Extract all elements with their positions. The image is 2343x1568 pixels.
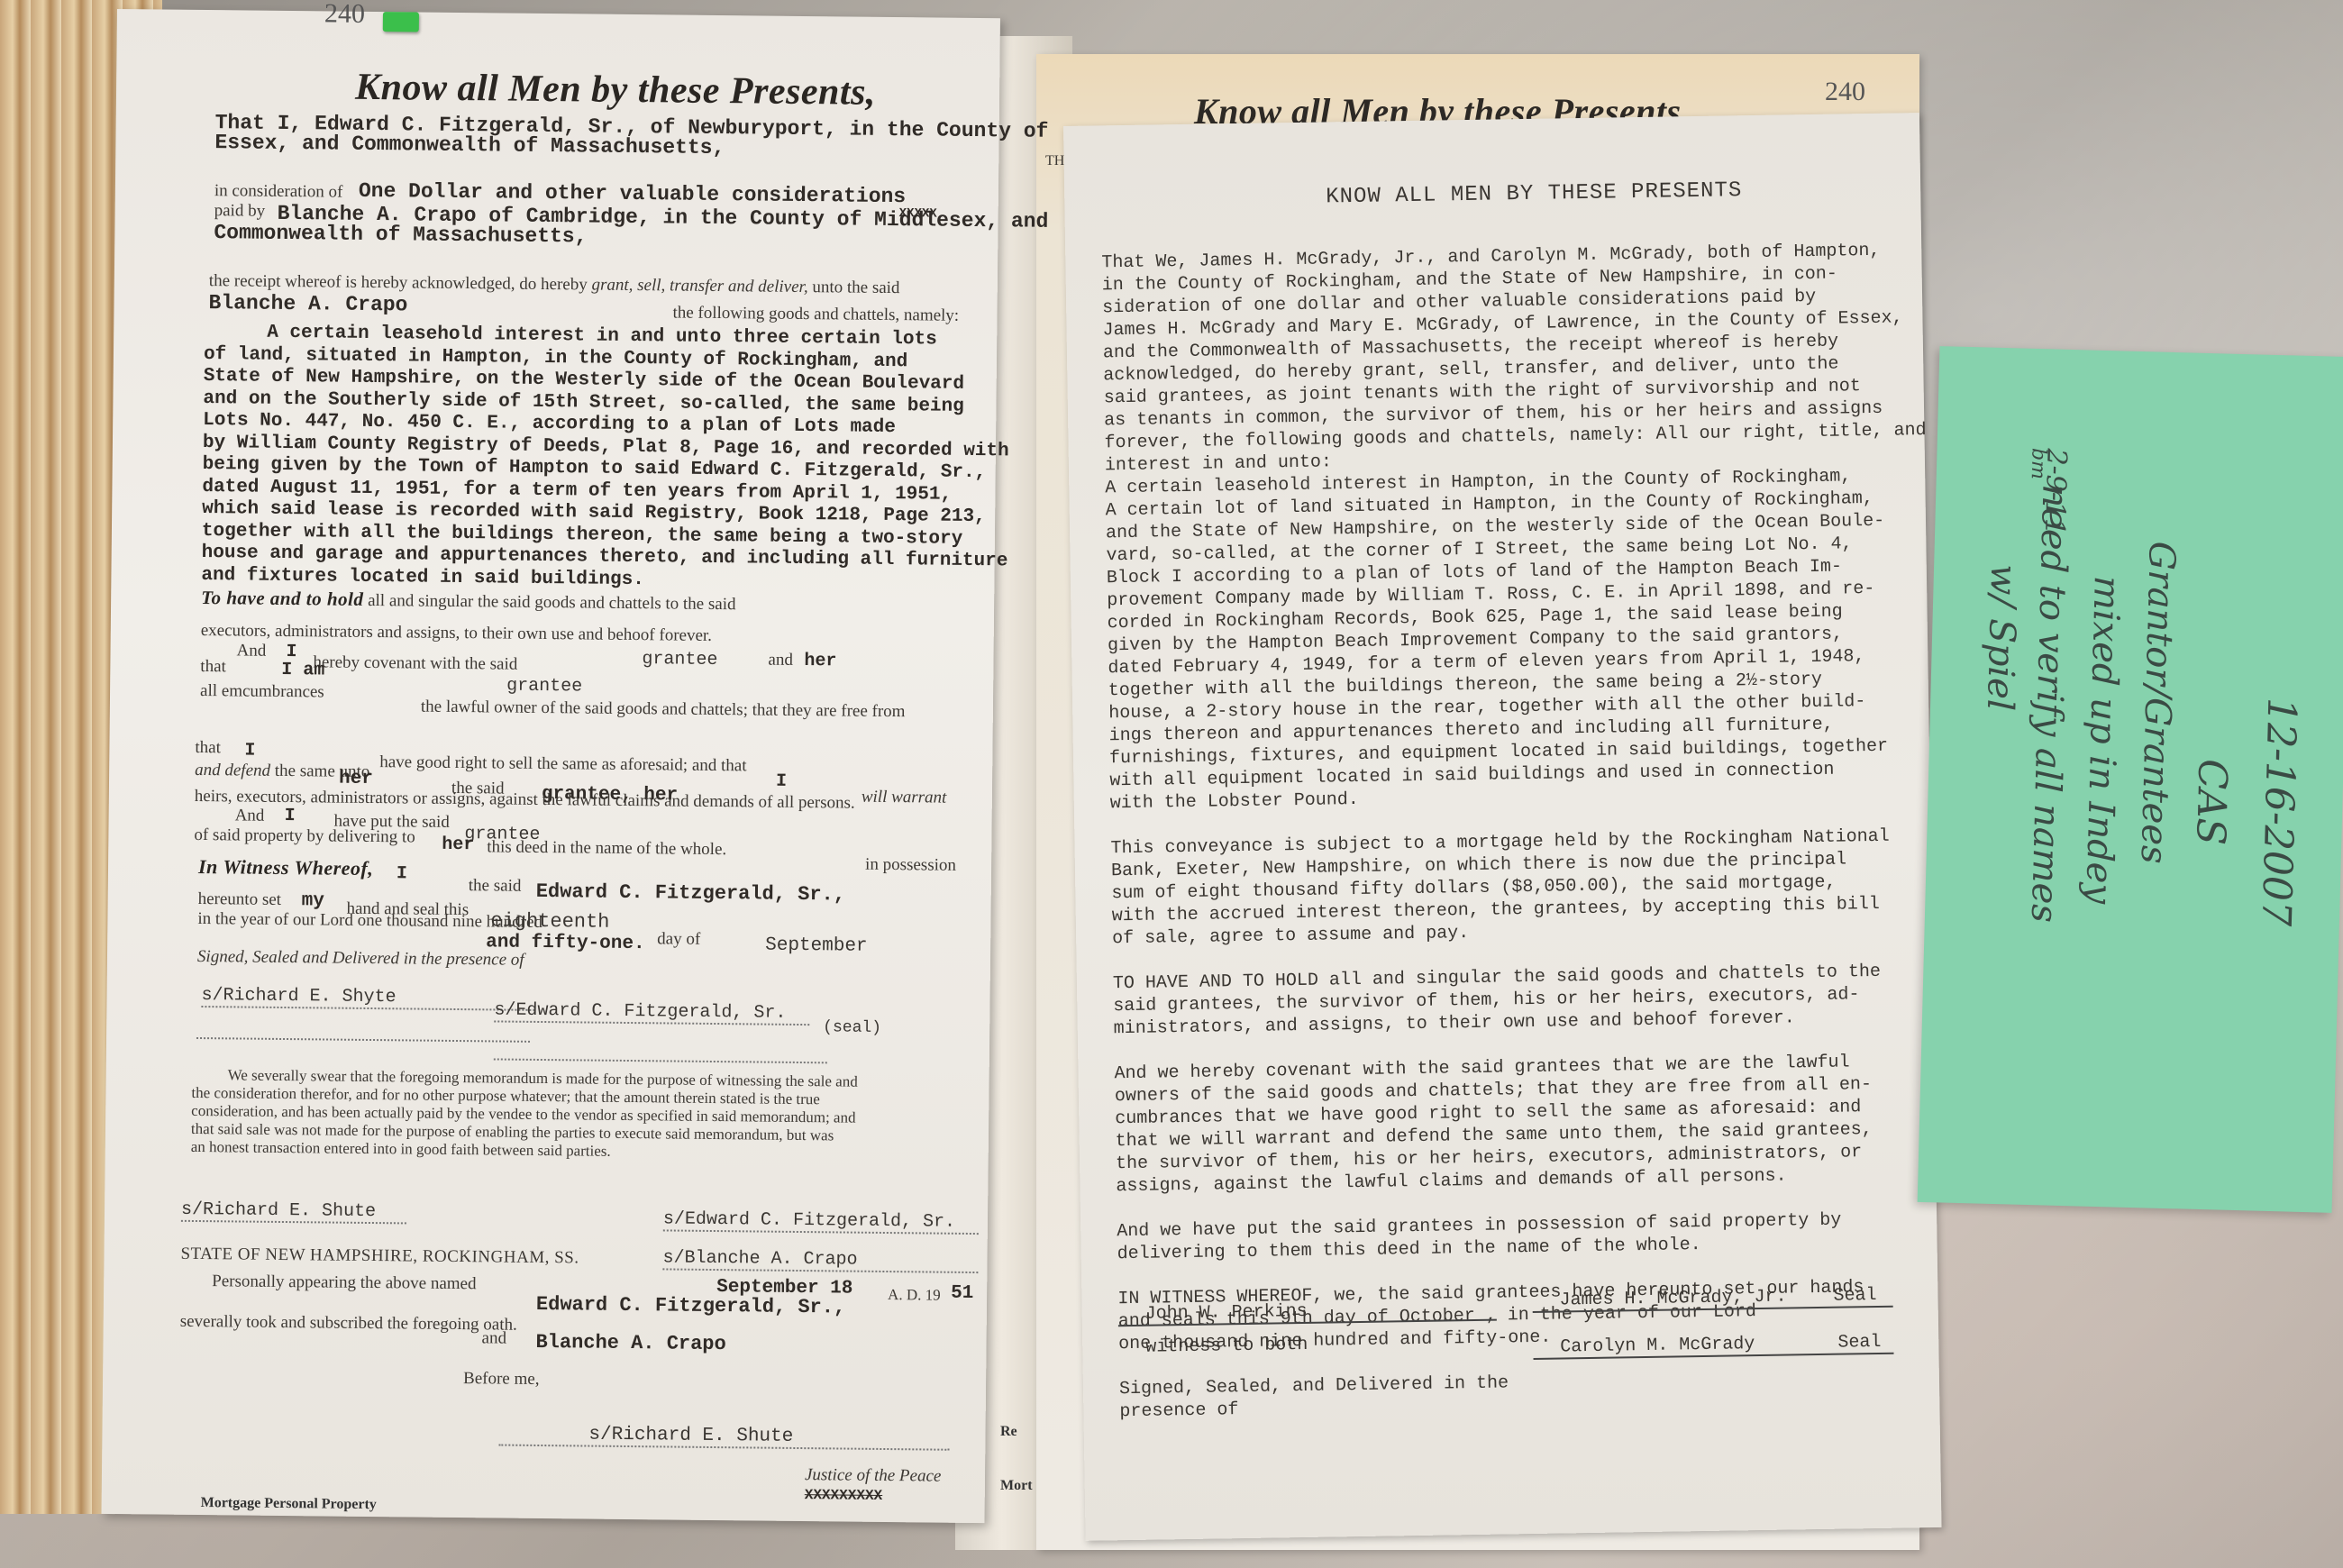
paid-by-label: paid by — [214, 201, 266, 222]
my: my — [302, 890, 324, 911]
ack-oath: severally took and subscribed the forego… — [180, 1312, 517, 1336]
executors-line: executors, administrators and assigns, t… — [201, 621, 712, 646]
edge-label-1: Re — [1000, 1424, 1017, 1440]
year-text: in the year of our Lord one thousand nin… — [197, 909, 542, 933]
witness-i: I — [397, 863, 407, 884]
page-number-left: 240 — [324, 0, 365, 30]
receipt-clause: the receipt whereof is hereby acknowledg… — [209, 271, 588, 294]
deed-paragraph: Signed, Sealed, and Delivered in thepres… — [1119, 1365, 1913, 1423]
unto-said: unto the said — [812, 278, 899, 297]
that-2: that — [195, 738, 221, 758]
edge-label-2: Mort — [1000, 1478, 1033, 1494]
habendum-text: all and singular the said goods and chat… — [368, 591, 736, 614]
signed-sealed-label: Signed, Sealed and Delivered in the pres… — [197, 947, 524, 971]
encumbrances: all emcumbrances — [200, 681, 324, 702]
i-2: I — [244, 741, 255, 761]
deed-whole: this deed in the name of the whole. — [487, 837, 726, 860]
ack-name-2: Blanche A. Crapo — [535, 1331, 725, 1355]
ack-name-1: Edward C. Fitzgerald, Sr., — [536, 1293, 846, 1319]
grantee-name: Blanche A. Crapo — [208, 291, 407, 316]
lawful-owner: the lawful owner of the said goods and c… — [421, 697, 906, 723]
deed-paragraph: That We, James H. McGrady, Jr., and Caro… — [1101, 240, 1903, 816]
deed-paragraph: TO HAVE AND TO HOLD all and singular the… — [1113, 960, 1907, 1040]
oath-grantee-signature: s/Blanche A. Crapo — [662, 1247, 978, 1273]
note-line-1: Grantor/Grantees — [2133, 541, 2183, 864]
right-deed-body: That We, James H. McGrady, Jr., and Caro… — [1101, 240, 1913, 1446]
grantor-signature: s/Edward C. Fitzgerald, Sr. — [494, 999, 809, 1026]
oath-grantor-signature: s/Edward C. Fitzgerald, Sr. — [663, 1208, 979, 1235]
right-deed-title: KNOW ALL MEN BY THESE PRESENTS — [1326, 178, 1742, 209]
notary-title: Justice of the Peace — [805, 1465, 942, 1487]
oath-paragraph: We severally swear that the foregoing me… — [191, 1066, 858, 1163]
witness-signature: s/Richard E. Shyte — [201, 985, 534, 1011]
following-goods: the following goods and chattels, namely… — [672, 303, 959, 325]
covenant-text: hereby covenant with the said — [313, 652, 517, 674]
good-right: have good right to sell the same as afor… — [379, 752, 747, 776]
green-pin — [383, 12, 419, 32]
her-2: her — [339, 769, 373, 789]
i-am: I am — [281, 660, 324, 681]
right-deed-page: KNOW ALL MEN BY THESE PRESENTS That We, … — [1063, 113, 1942, 1541]
left-deed-page: 240 Know all Men by these Presents, That… — [102, 9, 1000, 1523]
goods-description: A certain leasehold interest in and unto… — [201, 322, 1010, 595]
note-entry-initials: bm — [2027, 448, 2050, 480]
form-footer: Mortgage Personal Property — [201, 1495, 377, 1513]
signer-1-name: James H. McGrady, Jr. — [1559, 1287, 1786, 1311]
and-put: And — [235, 806, 265, 825]
notary-signature: s/Richard E. Shute — [498, 1424, 949, 1451]
ack-ad: A. D. 19 — [888, 1286, 941, 1305]
note-line-3: need to verify all names — [2023, 484, 2076, 924]
signer-2-name: Carolyn M. McGrady — [1560, 1334, 1755, 1357]
state-line: STATE OF NEW HAMPSHIRE, ROCKINGHAM, SS. — [180, 1244, 579, 1269]
left-deed-title: Know all Men by these Presents, — [355, 66, 876, 114]
witness-note: witness to both — [1145, 1335, 1308, 1358]
notary-struck: XXXXXXXXX — [805, 1487, 883, 1504]
habendum-her: her — [804, 651, 836, 671]
in-possession: in possession — [865, 855, 956, 876]
habendum-line: To have and to hold all and singular the… — [201, 587, 736, 615]
grant-words: grant, sell, transfer and deliver, — [591, 276, 807, 297]
deed-paragraph: This conveyance is subject to a mortgage… — [1110, 825, 1905, 950]
note-date: 12-16-2007 — [2253, 697, 2305, 927]
seal-label-2: Seal — [1837, 1332, 1881, 1354]
consideration-label: in consideration of — [214, 181, 343, 202]
blank-signature-line — [196, 1037, 530, 1043]
will-warrant: will warrant — [862, 788, 947, 808]
personally-appearing: Personally appearing the above named — [212, 1272, 477, 1294]
deed-paragraph: And we have put the said grantees in pos… — [1117, 1208, 1910, 1265]
her-3: her — [442, 834, 474, 855]
covenant-grantee: grantee — [506, 676, 582, 697]
habendum-and: and — [768, 651, 793, 670]
day-of: day of — [657, 929, 700, 950]
note-line-2: mixed up in Indey — [2077, 575, 2128, 904]
i-4: I — [285, 806, 296, 826]
sticky-note: 12-16-2007 CAS 2-9-11 bm Grantor/Grantee… — [1918, 346, 2343, 1213]
that-label: that — [200, 657, 226, 677]
seal-label-1: Seal — [1833, 1285, 1876, 1307]
seal-label: (seal) — [823, 1018, 881, 1037]
paid-by-line-2: Commonwealth of Massachusetts, — [214, 221, 587, 248]
month: September — [765, 935, 868, 957]
note-initials: CAS — [2187, 759, 2235, 846]
note-line-4: w/ Spiel — [1979, 563, 2024, 711]
habendum-heading: To have and to hold — [201, 587, 363, 610]
witness-heading: In Witness Whereof, — [198, 855, 374, 880]
hereunto-set: hereunto set — [198, 889, 282, 910]
defend-label: and defend — [195, 761, 270, 780]
ack-year: 51 — [951, 1283, 973, 1304]
delivering-line: of said property by delivering to — [194, 825, 415, 848]
before-me: Before me, — [463, 1369, 540, 1390]
oath-witness-signature: s/Richard E. Shute — [181, 1199, 406, 1225]
habendum-grantee: grantee — [642, 649, 717, 670]
page-number-right: 240 — [1825, 77, 1865, 107]
grantor-name: Edward C. Fitzgerald, Sr., — [536, 880, 846, 907]
deed-paragraph: And we hereby covenant with the said gra… — [1114, 1050, 1909, 1198]
i-3: I — [776, 771, 787, 792]
opening-line-2: Essex, and Commonwealth of Massachusetts… — [214, 131, 725, 160]
covenant-and: And — [236, 641, 266, 661]
blank-signature-line — [494, 1058, 827, 1063]
witness-the-said: the said — [469, 876, 522, 897]
